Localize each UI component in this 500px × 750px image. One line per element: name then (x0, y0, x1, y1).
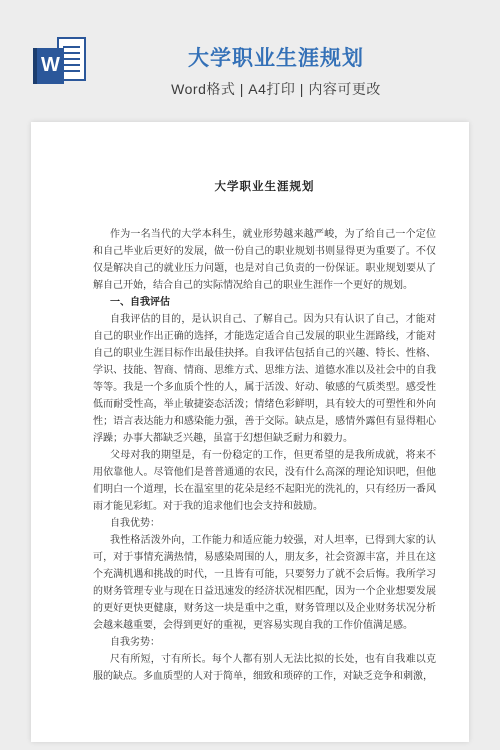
doc-paragraph: 作为一名当代的大学本科生，就业形势越来越严峻，为了给自己一个定位和自己毕业后更好… (93, 226, 436, 294)
doc-section-heading: 一、自我评估 (93, 294, 436, 311)
word-icon-letter: W (41, 54, 60, 77)
doc-paragraph: 父母对我的期望是，有一份稳定的工作，但更希望的是我所成就，将来不用依靠他人。尽管… (93, 447, 436, 515)
document-page: 大学职业生涯规划 作为一名当代的大学本科生，就业形势越来越严峻，为了给自己一个定… (31, 122, 469, 742)
document-title: 大学职业生涯规划 (93, 178, 436, 194)
doc-paragraph: 尺有所短，寸有所长。每个人都有别人无法比拟的长处，也有自我难以克服的缺点。多血质… (93, 651, 436, 685)
word-icon: W (33, 35, 87, 86)
doc-paragraph: 我性格活泼外向，工作能力和适应能力较强，对人坦率，已得到大家的认可，对于事情充满… (93, 532, 436, 634)
doc-paragraph: 自我评估的目的，是认识自己、了解自己。因为只有认识了自己，才能对自己的职业作出正… (93, 311, 436, 447)
document-body: 作为一名当代的大学本科生，就业形势越来越严峻，为了给自己一个定位和自己毕业后更好… (93, 226, 436, 685)
doc-paragraph: 自我优势： (93, 515, 436, 532)
word-icon-w-square: W (33, 48, 64, 84)
doc-paragraph: 自我劣势： (93, 634, 436, 651)
template-header: W 大学职业生涯规划 Word格式 | A4打印 | 内容可更改 (0, 0, 500, 122)
template-title: 大学职业生涯规划 (171, 42, 381, 72)
header-text-block: 大学职业生涯规划 Word格式 | A4打印 | 内容可更改 (171, 42, 381, 99)
template-subtitle: Word格式 | A4打印 | 内容可更改 (171, 79, 381, 99)
